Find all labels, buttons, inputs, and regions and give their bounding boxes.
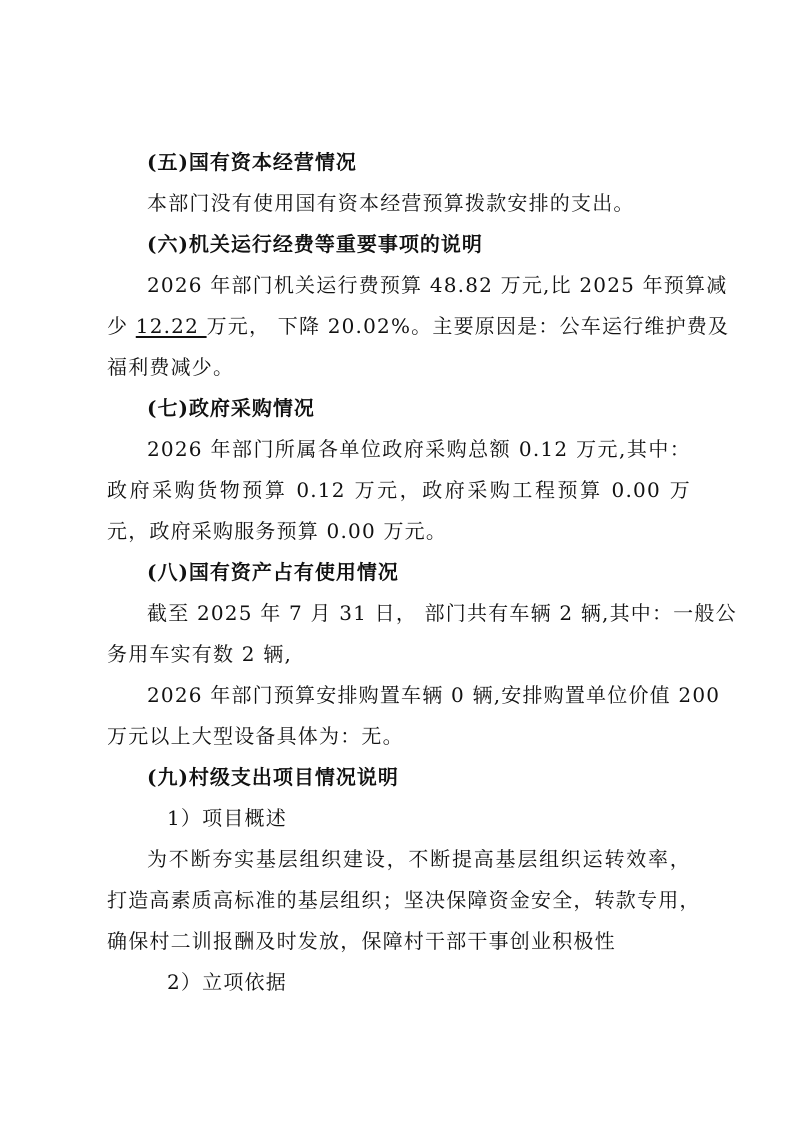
paragraph-line: 政府采购货物预算 0.12 万元，政府采购工程预算 0.00 万 <box>107 470 691 511</box>
subheading: 2）立项依据 <box>107 962 691 1003</box>
paragraph: 本部门没有使用国有资本经营预算拨款安排的支出。 <box>107 183 691 224</box>
paragraph-line: 万元以上大型设备具体为：无。 <box>107 716 691 757</box>
section-heading-6: (六)机关运行经费等重要事项的说明 <box>107 224 691 265</box>
paragraph-line: 2026 年部门机关运行费预算 48.82 万元,比 2025 年预算减 <box>107 265 691 306</box>
paragraph-line: 务用车实有数 2 辆, <box>107 634 691 675</box>
text: 万元， 下降 20.02%。主要原因是：公车运行维护费及 <box>207 314 730 338</box>
section-heading-7: (七)政府采购情况 <box>107 388 691 429</box>
paragraph-line: 福利费减少。 <box>107 347 691 388</box>
document-page: (五)国有资本经营情况 本部门没有使用国有资本经营预算拨款安排的支出。 (六)机… <box>107 142 691 1003</box>
paragraph-line: 元，政府采购服务预算 0.00 万元。 <box>107 511 691 552</box>
section-heading-5: (五)国有资本经营情况 <box>107 142 691 183</box>
paragraph-line: 少 12.22 万元， 下降 20.02%。主要原因是：公车运行维护费及 <box>107 306 691 347</box>
text: 少 <box>107 314 136 338</box>
paragraph-line: 为不断夯实基层组织建设，不断提高基层组织运转效率， <box>107 839 691 880</box>
paragraph-line: 打造高素质高标准的基层组织；坚决保障资金安全，转款专用， <box>107 880 691 921</box>
paragraph-line: 确保村二训报酬及时发放，保障村干部干事创业积极性 <box>107 921 691 962</box>
underlined-amount: 12.22 <box>136 314 207 338</box>
paragraph-line: 2026 年部门预算安排购置车辆 0 辆,安排购置单位价值 200 <box>107 675 691 716</box>
section-heading-8: (八)国有资产占有使用情况 <box>107 552 691 593</box>
paragraph-line: 2026 年部门所属各单位政府采购总额 0.12 万元,其中： <box>107 429 691 470</box>
subheading: 1）项目概述 <box>107 798 691 839</box>
section-heading-9: (九)村级支出项目情况说明 <box>107 757 691 798</box>
paragraph-line: 截至 2025 年 7 月 31 日， 部门共有车辆 2 辆,其中：一般公 <box>107 593 691 634</box>
